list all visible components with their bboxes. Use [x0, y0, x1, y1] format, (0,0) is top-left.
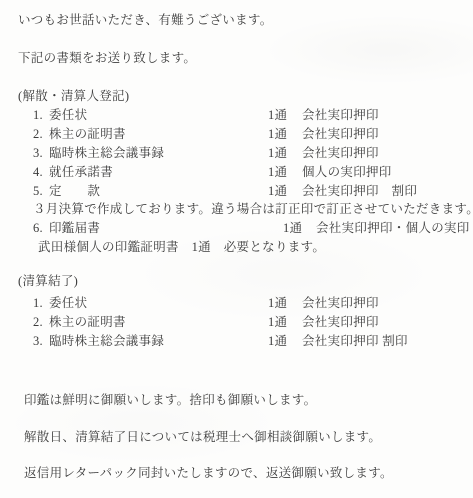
item-seal: 会社実印押印	[302, 296, 379, 310]
item-seal: 会社実印押印	[302, 127, 379, 141]
item-count: 1通	[268, 146, 287, 160]
document-item-row: 2. 株主の証明書 1通 会社実印押印	[0, 315, 473, 331]
intro-line: 下記の書類をお送り致します。	[18, 51, 196, 65]
item-number: 2.	[33, 127, 43, 141]
document-item-row: 1. 委任状 1通 会社実印押印	[0, 296, 473, 312]
item-seal: 会社実印押印	[302, 146, 379, 160]
section-title-liquidation-completion: (清算結了)	[18, 274, 78, 288]
item-count: 1通	[268, 127, 287, 141]
item-name: 株主の証明書	[49, 315, 126, 329]
item-number: 3.	[33, 146, 43, 160]
item-note-seal-certificate: 武田様個人の印鑑証明書 1通 必要となります。	[38, 240, 325, 254]
document-item-row: 6. 印鑑届書 1通 会社実印押印・個人の実印	[0, 221, 473, 237]
document-item-row: 4. 就任承諾書 1通 個人の実印押印	[0, 165, 473, 181]
item-number: 6.	[33, 221, 43, 235]
item-seal: 会社実印押印	[302, 108, 379, 122]
item-name: 委任状	[49, 108, 87, 122]
item-count: 1通	[268, 296, 287, 310]
item-number: 1.	[33, 296, 43, 310]
item-note-fiscal-year: ３月決算で作成しております。違う場合は訂正印で訂正させていただきます。	[33, 202, 473, 216]
document-item-row: 2. 株主の証明書 1通 会社実印押印	[0, 127, 473, 143]
item-number: 1.	[33, 108, 43, 122]
document-page: いつもお世話いただき、有難うございます。 下記の書類をお送り致します。 (解散・…	[0, 0, 473, 498]
item-seal: 会社実印押印・個人の実印	[316, 221, 470, 235]
document-item-row: 1. 委任状 1通 会社実印押印	[0, 108, 473, 124]
item-name: 就任承諾書	[49, 165, 113, 179]
item-name: 臨時株主総会議事録	[49, 146, 164, 160]
document-item-row: 3. 臨時株主総会議事録 1通 会社実印押印	[0, 146, 473, 162]
item-name: 定 款	[49, 184, 100, 198]
item-name: 臨時株主総会議事録	[49, 334, 164, 348]
item-count: 1通	[283, 221, 302, 235]
document-item-row: 5. 定 款 1通 会社実印押印 割印	[0, 184, 473, 200]
item-name: 印鑑届書	[49, 221, 100, 235]
item-number: 2.	[33, 315, 43, 329]
item-count: 1通	[268, 165, 287, 179]
document-item-row: 3. 臨時株主総会議事録 1通 会社実印押印 割印	[0, 334, 473, 350]
item-count: 1通	[268, 184, 287, 198]
footer-note-tax-accountant: 解散日、清算結了日については税理士へ御相談御願いします。	[24, 430, 381, 444]
footer-note-return-letterpack: 返信用レターパック同封いたしますので、返送御願い致します。	[24, 466, 393, 480]
footer-note-seal-clarity: 印鑑は鮮明に御願いします。捨印も御願いします。	[24, 393, 316, 407]
item-number: 5.	[33, 184, 43, 198]
item-seal: 会社実印押印 割印	[302, 334, 408, 348]
greeting-line: いつもお世話いただき、有難うございます。	[18, 13, 273, 27]
item-count: 1通	[268, 334, 287, 348]
item-seal: 会社実印押印 割印	[302, 184, 417, 198]
item-name: 株主の証明書	[49, 127, 126, 141]
item-name: 委任状	[49, 296, 87, 310]
section-title-dissolution: (解散・清算人登記)	[18, 89, 129, 103]
item-number: 3.	[33, 334, 43, 348]
item-count: 1通	[268, 108, 287, 122]
item-number: 4.	[33, 165, 43, 179]
item-count: 1通	[268, 315, 287, 329]
item-seal: 会社実印押印	[302, 315, 379, 329]
item-seal: 個人の実印押印	[302, 165, 392, 179]
